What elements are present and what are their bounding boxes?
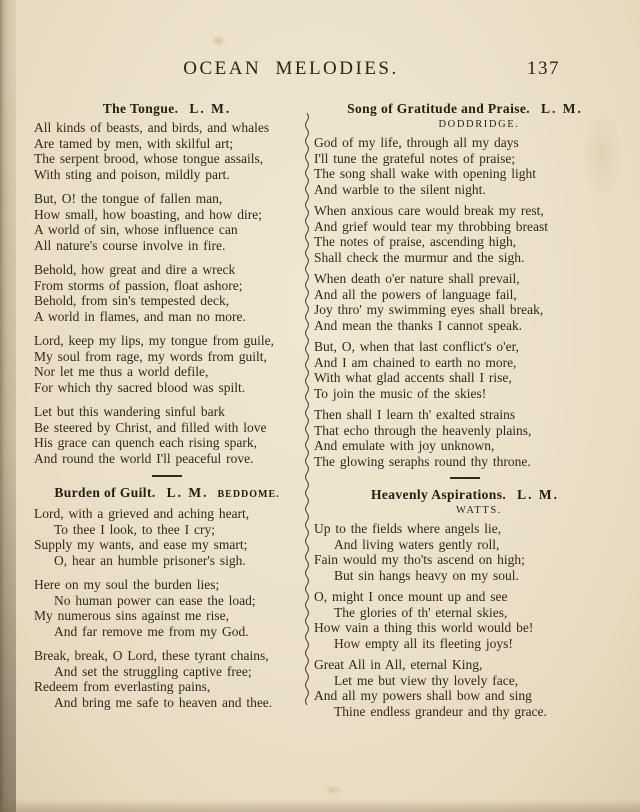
verse-line: The serpent brood, whose tongue assails, (34, 151, 300, 167)
verse-line: Supply my wants, and ease my smart; (34, 537, 300, 553)
verse-line: Redeem from everlasting pains, (34, 679, 300, 695)
hymn-author: BEDDOME. (218, 489, 280, 500)
stanza: O, might I once mount up and seeThe glor… (314, 589, 616, 651)
hymn-divider (450, 477, 480, 479)
verse-line: And living waters gently roll, (314, 537, 616, 553)
stanza: Up to the fields where angels lie,And li… (314, 521, 616, 583)
verse-line: And mean the thanks I cannot speak. (314, 318, 616, 334)
running-title: OCEAN MELODIES. (183, 58, 399, 80)
verse-line: Lord, keep my lips, my tongue from guile… (34, 333, 300, 349)
verse-line: The glories of th' eternal skies, (314, 605, 616, 621)
verse-line: Great All in All, eternal King, (314, 657, 616, 673)
hymn-title: The Tongue.L. M. (34, 101, 300, 117)
hymn-title: Song of Gratitude and Praise.L. M. (314, 101, 616, 117)
verse-line: His grace can quench each rising spark, (34, 435, 300, 451)
book-page: OCEAN MELODIES. 137 The Tongue.L. M.All … (0, 0, 640, 812)
verse-line: A world of sin, whose influence can (34, 222, 300, 238)
verse-line: When death o'er nature shall prevail, (314, 271, 616, 287)
verse-line: O, might I once mount up and see (314, 589, 616, 605)
hymn-title-text: The Tongue. (103, 101, 179, 116)
verse-line: A world in flames, and man no more. (34, 309, 300, 325)
verse-line: Nor let me thus a world defile, (34, 364, 300, 380)
verse-line: From storms of passion, float ashore; (34, 278, 300, 294)
verse-line: Thine endless grandeur and thy grace. (314, 704, 616, 720)
verse-line: How small, how boasting, and how dire; (34, 207, 300, 223)
column-divider (300, 101, 314, 725)
verse-line: How empty all its fleeting joys! (314, 636, 616, 652)
verse-line: And set the struggling captive free; (34, 664, 300, 680)
page-bottom-edge (0, 799, 640, 812)
hymn-title-text: Heavenly Aspirations. (371, 487, 506, 502)
hymn-meter: L. M. (189, 101, 231, 116)
stanza: But, O! the tongue of fallen man,How sma… (34, 191, 300, 253)
verse-line: The glowing seraphs round thy throne. (314, 454, 616, 470)
stanza: Lord, keep my lips, my tongue from guile… (34, 333, 300, 395)
verse-line: And warble to the silent night. (314, 182, 616, 198)
verse-line: Behold, from sin's tempested deck, (34, 293, 300, 309)
stain-spot (211, 35, 226, 47)
stanza: All kinds of beasts, and birds, and whal… (34, 120, 300, 182)
verse-line: With sting and poison, mildly part. (34, 167, 300, 183)
verse-line: The notes of praise, ascending high, (314, 234, 616, 250)
stanza: God of my life, through all my daysI'll … (314, 135, 616, 197)
right-column: Song of Gratitude and Praise.L. M.DODDRI… (314, 101, 616, 725)
verse-line: But, O, when that last conflict's o'er, (314, 339, 616, 355)
verse-line: Let me but view thy lovely face, (314, 673, 616, 689)
verse-line: And far remove me from my God. (34, 624, 300, 640)
verse-line: Joy thro' my swimming eyes shall break, (314, 302, 616, 318)
verse-line: And grief would tear my throbbing breast (314, 219, 616, 235)
verse-line: And emulate with joy unknown, (314, 438, 616, 454)
hymn-title-text: Song of Gratitude and Praise. (347, 101, 530, 116)
verse-line: No human power can ease the load; (34, 593, 300, 609)
verse-line: Let but this wandering sinful bark (34, 404, 300, 420)
verse-line: That echo through the heavenly plains, (314, 423, 616, 439)
verse-line: How vain a thing this world would be! (314, 620, 616, 636)
stanza: Behold, how great and dire a wreckFrom s… (34, 262, 300, 324)
verse-line: To thee I look, to thee I cry; (34, 522, 300, 538)
stanza: Here on my soul the burden lies;No human… (34, 577, 300, 639)
verse-line: I'll tune the grateful notes of praise; (314, 151, 616, 167)
hymn-author: DODDRIDGE. (314, 118, 616, 132)
verse-line: Are tamed by men, with skilful art; (34, 136, 300, 152)
stanza: Let but this wandering sinful barkBe ste… (34, 404, 300, 466)
verse-line: Be steered by Christ, and filled with lo… (34, 420, 300, 436)
wavy-rule-icon (303, 113, 311, 705)
page-header: OCEAN MELODIES. 137 (0, 58, 640, 88)
stanza: Lord, with a grieved and aching heart,To… (34, 506, 300, 568)
text-columns: The Tongue.L. M.All kinds of beasts, and… (34, 101, 616, 725)
verse-line: O, hear an humble prisoner's sigh. (34, 553, 300, 569)
verse-line: But, O! the tongue of fallen man, (34, 191, 300, 207)
verse-line: Shall check the murmur and the sigh. (314, 250, 616, 266)
page-left-edge (0, 0, 16, 812)
verse-line: To join the music of the skies! (314, 386, 616, 402)
verse-line: When anxious care would break my rest, (314, 203, 616, 219)
hymn-meter: L. M. (167, 485, 209, 500)
verse-line: And round the world I'll peaceful rove. (34, 451, 300, 467)
verse-line: All nature's course involve in fire. (34, 238, 300, 254)
verse-line: And all the powers of language fail, (314, 287, 616, 303)
hymn-title: Heavenly Aspirations.L. M. (314, 487, 616, 503)
stanza: Then shall I learn th' exalted strainsTh… (314, 407, 616, 469)
verse-line: Fain would my tho'ts ascend on high; (314, 552, 616, 568)
hymn-meter: L. M. (541, 101, 583, 116)
stanza: Break, break, O Lord, these tyrant chain… (34, 648, 300, 710)
verse-line: My soul from rage, my words from guilt, (34, 349, 300, 365)
verse-line: Here on my soul the burden lies; (34, 577, 300, 593)
verse-line: And I am chained to earth no more, (314, 355, 616, 371)
verse-line: And bring me safe to heaven and thee. (34, 695, 300, 711)
hymn-title-text: Burden of Guilt. (54, 485, 155, 500)
verse-line: Break, break, O Lord, these tyrant chain… (34, 648, 300, 664)
verse-line: My numerous sins against me rise, (34, 608, 300, 624)
verse-line: And all my powers shall bow and sing (314, 688, 616, 704)
verse-line: Up to the fields where angels lie, (314, 521, 616, 537)
page-number: 137 (527, 58, 560, 80)
verse-line: But sin hangs heavy on my soul. (314, 568, 616, 584)
verse-line: For which thy sacred blood was spilt. (34, 380, 300, 396)
hymn-meter: L. M. (517, 487, 559, 502)
hymn-title: Burden of Guilt.L. M.BEDDOME. (34, 485, 300, 503)
verse-line: Behold, how great and dire a wreck (34, 262, 300, 278)
stanza: But, O, when that last conflict's o'er,A… (314, 339, 616, 401)
hymn-divider (152, 475, 182, 477)
verse-line: Lord, with a grieved and aching heart, (34, 506, 300, 522)
left-column: The Tongue.L. M.All kinds of beasts, and… (34, 101, 300, 725)
verse-line: With what glad accents shall I rise, (314, 370, 616, 386)
verse-line: All kinds of beasts, and birds, and whal… (34, 120, 300, 136)
stanza: When anxious care would break my rest,An… (314, 203, 616, 265)
stanza: When death o'er nature shall prevail,And… (314, 271, 616, 333)
hymn-author: WATTS. (314, 504, 616, 518)
stanza: Great All in All, eternal King,Let me bu… (314, 657, 616, 719)
stain-spot (324, 785, 342, 795)
verse-line: The song shall wake with opening light (314, 166, 616, 182)
verse-line: God of my life, through all my days (314, 135, 616, 151)
verse-line: Then shall I learn th' exalted strains (314, 407, 616, 423)
